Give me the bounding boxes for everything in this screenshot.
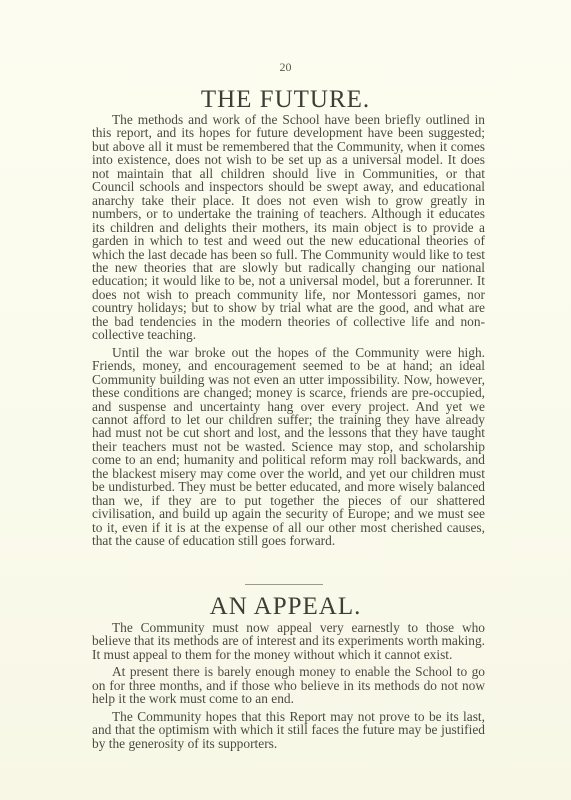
paragraph: Until the war broke out the hopes of the… <box>92 346 485 548</box>
section-title-the-future: THE FUTURE. <box>0 86 571 114</box>
paragraph: At present there is barely enough money … <box>92 665 485 705</box>
section-body-an-appeal: The Community must now appeal very earne… <box>92 621 485 754</box>
section-divider <box>245 584 323 585</box>
document-page: 20 THE FUTURE. The methods and work of t… <box>0 0 571 800</box>
section-body-the-future: The methods and work of the School have … <box>92 113 485 552</box>
paragraph: The methods and work of the School have … <box>92 113 485 342</box>
paragraph: The Community must now appeal very earne… <box>92 621 485 661</box>
section-title-an-appeal: AN APPEAL. <box>0 593 571 621</box>
paragraph: The Community hopes that this Report may… <box>92 710 485 750</box>
page-number: 20 <box>0 60 571 75</box>
